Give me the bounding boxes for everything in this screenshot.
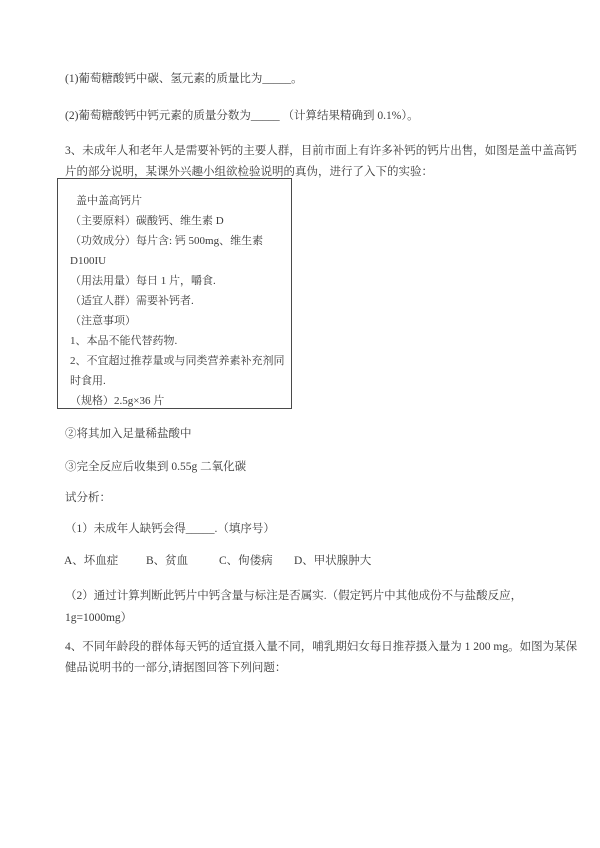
question-3-intro: 3、未成年人和老年人是需要补钙的主要人群，目前市面上有许多补钙的钙片出售，如图是… [65,141,577,183]
experiment-step-2: ②将其加入足量稀盐酸中 [65,425,192,441]
question-3-sub2-line2: 1g=1000mg） [65,607,522,629]
question-3-sub1-options: A、坏血症 B、贫血 C、佝偻病 D、甲状腺肿大 [64,552,504,570]
worksheet-page: (1)葡萄糖酸钙中碳、氢元素的质量比为_____。 (2)葡萄糖酸钙中钙元素的质… [0,0,600,848]
glucose-question-part1: (1)葡萄糖酸钙中碳、氢元素的质量比为_____。 [65,70,303,86]
question-3-intro-line1: 3、未成年人和老年人是需要补钙的主要人群，目前市面上有许多补钙的钙片出售，如图是… [65,141,577,162]
label-active-content: （功效成分）每片含: 钙 500mg、维生素 D100IU [70,231,285,271]
option-c: C、佝偻病 [219,552,273,568]
question-4-intro-line2: 健品说明书的一部分,请据图回答下列问题： [65,658,577,679]
analysis-label: 试分析： [65,489,111,505]
question-3-sub1: （1）未成年人缺钙会得_____.（填序号） [65,520,275,536]
question-4-intro-line1: 4、不同年龄段的群体每天钙的适宜摄入量不同，哺乳期妇女每日推荐摄入量为 1 20… [65,637,577,658]
option-a: A、坏血症 [64,552,118,568]
question-3-sub2-line1: （2）通过计算判断此钙片中钙含量与标注是否属实.（假定钙片中其他成份不与盐酸反应… [65,585,522,607]
product-label-box: 盖中盖高钙片 （主要原料）碳酸钙、维生素 D （功效成分）每片含: 钙 500m… [57,178,292,409]
label-precautions-heading: （注意事项） [70,311,285,331]
label-dosage: （用法用量）每日 1 片，嚼食. [70,271,285,291]
question-4-intro: 4、不同年龄段的群体每天钙的适宜摄入量不同，哺乳期妇女每日推荐摄入量为 1 20… [65,637,577,679]
label-suitable-group: （适宜人群）需要补钙者. [70,291,285,311]
label-main-ingredients: （主要原料）碳酸钙、维生素 D [70,211,285,231]
glucose-question-part2: (2)葡萄糖酸钙中钙元素的质量分数为_____ （计算结果精确到 0.1%）。 [65,107,419,123]
label-precaution-1: 1、本品不能代替药物. [70,331,285,351]
question-3-sub2: （2）通过计算判断此钙片中钙含量与标注是否属实.（假定钙片中其他成份不与盐酸反应… [65,585,522,629]
label-specification: （规格）2.5g×36 片 [70,391,285,411]
experiment-step-3: ③完全反应后收集到 0.55g 二氧化碳 [65,458,246,474]
option-d: D、甲状腺肿大 [294,552,371,568]
label-precaution-2: 2、不宜超过推荐量或与同类营养素补充剂同时食用. [70,351,285,391]
product-name: 盖中盖高钙片 [70,191,285,211]
option-b: B、贫血 [146,552,188,568]
